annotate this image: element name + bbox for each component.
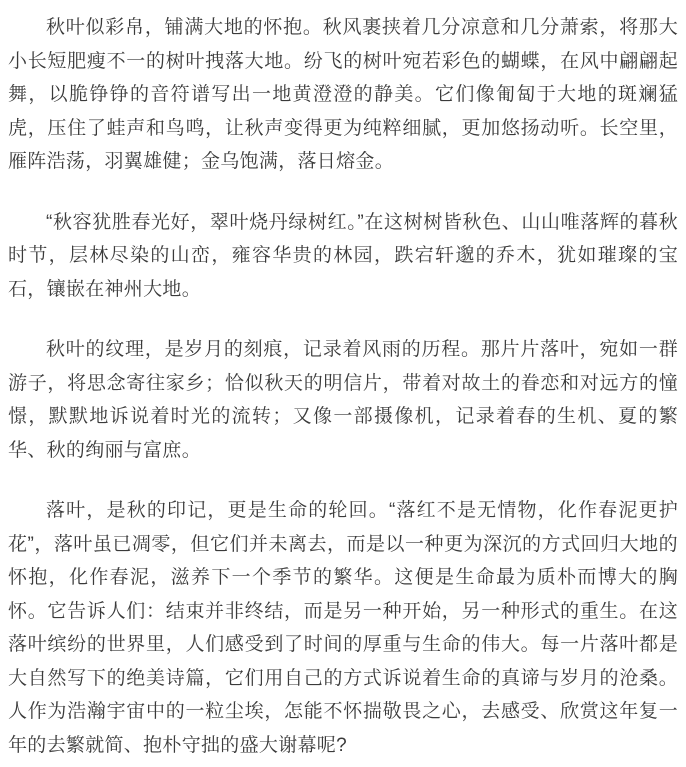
paragraph-autumn-scenery-quote: “秋容犹胜春光好，翠叶烧丹绿树红。”在这树树皆秋色、山山唯落辉的暮秋时节，层林尽… — [8, 206, 678, 307]
paragraph-leaf-texture-memory: 秋叶的纹理，是岁月的刻痕，记录着风雨的历程。那片片落叶，宛如一群游子，将思念寄往… — [8, 333, 678, 467]
paragraph-autumn-leaves-carpet: 秋叶似彩帛，铺满大地的怀抱。秋风裹挟着几分凉意和几分萧索，将那大小长短肥瘦不一的… — [8, 11, 678, 179]
paragraph-fallen-leaves-rebirth: 落叶，是秋的印记，更是生命的轮回。“落红不是无情物，化作春泥更护花”，落叶虽已凋… — [8, 494, 678, 762]
document-page: 秋叶似彩帛，铺满大地的怀抱。秋风裹挟着几分凉意和几分萧索，将那大小长短肥瘦不一的… — [0, 0, 686, 767]
